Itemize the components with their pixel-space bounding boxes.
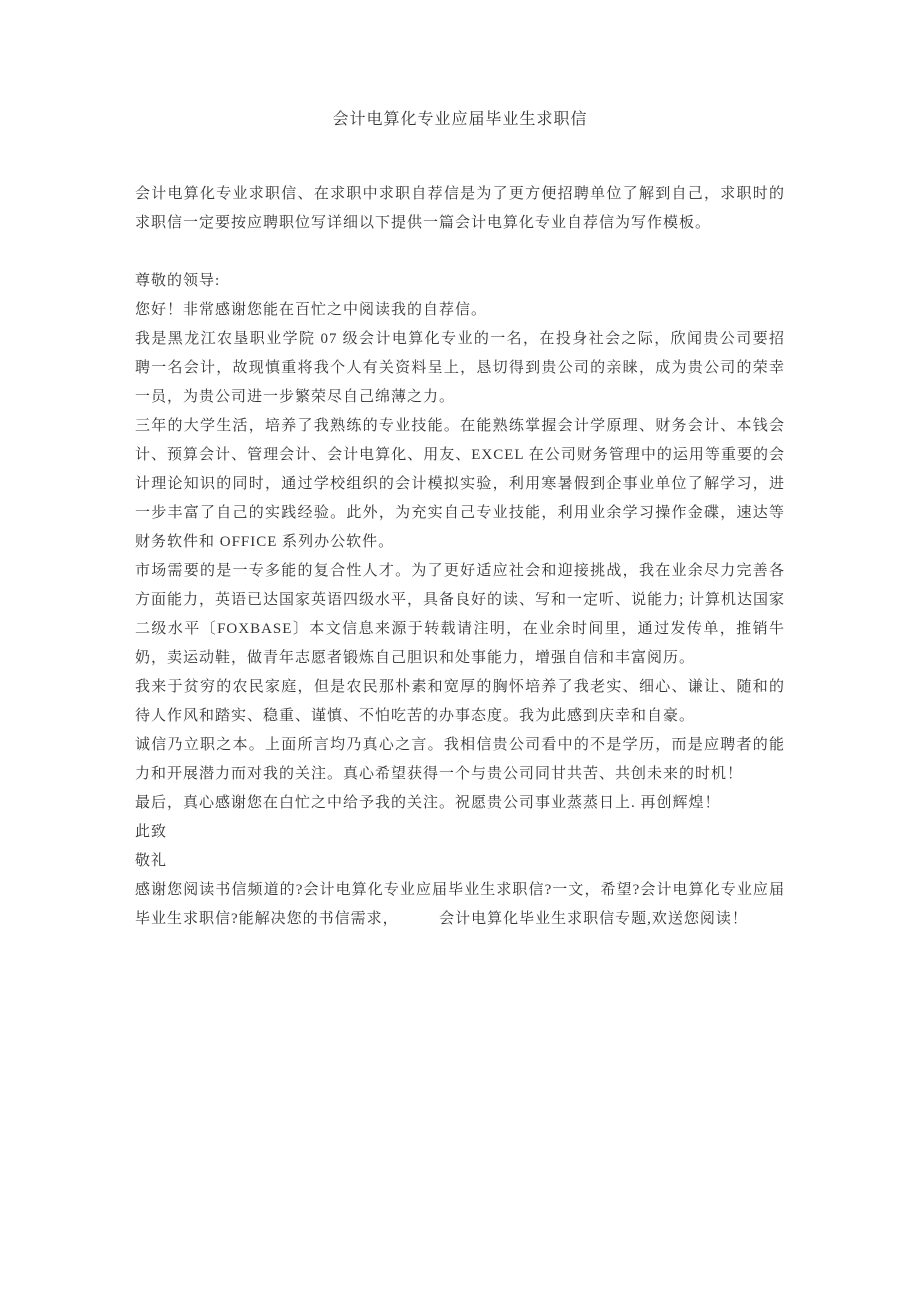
paragraph-intro: 会计电算化专业求职信、在求职中求职自荐信是为了更方便招聘单位了解到自己，求职时的… <box>135 180 785 238</box>
paragraph-skills: 三年的大学生活，培养了我熟练的专业技能。在能熟练掌握会计学原理、财务会计、本钱会… <box>135 412 785 557</box>
paragraph-closing-thanks: 最后，真心感谢您在白忙之中给予我的关注。祝愿贵公司事业蒸蒸日上. 再创辉煌！ <box>135 789 785 818</box>
closing-cizhi: 此致 <box>135 818 785 847</box>
paragraph-abilities: 市场需要的是一专多能的复合性人才。为了更好适应社会和迎接挑战，我在业余尽力完善各… <box>135 557 785 673</box>
paragraph-integrity: 诚信乃立职之本。上面所言均乃真心之言。我相信贵公司看中的不是学历，而是应聘者的能… <box>135 731 785 789</box>
paragraph-family-background: 我来于贫穷的农民家庭，但是农民那朴素和宽厚的胸怀培养了我老实、细心、谦让、随和的… <box>135 673 785 731</box>
document-title: 会计电算化专业应届毕业生求职信 <box>135 105 785 134</box>
document-content: 会计电算化专业应届毕业生求职信 会计电算化专业求职信、在求职中求职自荐信是为了更… <box>135 105 785 934</box>
paragraph-footer-note: 感谢您阅读书信频道的?会计电算化专业应届毕业生求职信?一文，希望?会计电算化专业… <box>135 876 785 934</box>
greeting-line: 您好！非常感谢您能在百忙之中阅读我的自荐信。 <box>135 296 785 325</box>
closing-jingli: 敬礼 <box>135 847 785 876</box>
document-page: 会计电算化专业应届毕业生求职信 会计电算化专业求职信、在求职中求职自荐信是为了更… <box>0 0 920 1302</box>
paragraph-self-introduction: 我是黑龙江农垦职业学院 07 级会计电算化专业的一名，在投身社会之际，欣闻贵公司… <box>135 325 785 412</box>
salutation-line: 尊敬的领导: <box>135 267 785 296</box>
